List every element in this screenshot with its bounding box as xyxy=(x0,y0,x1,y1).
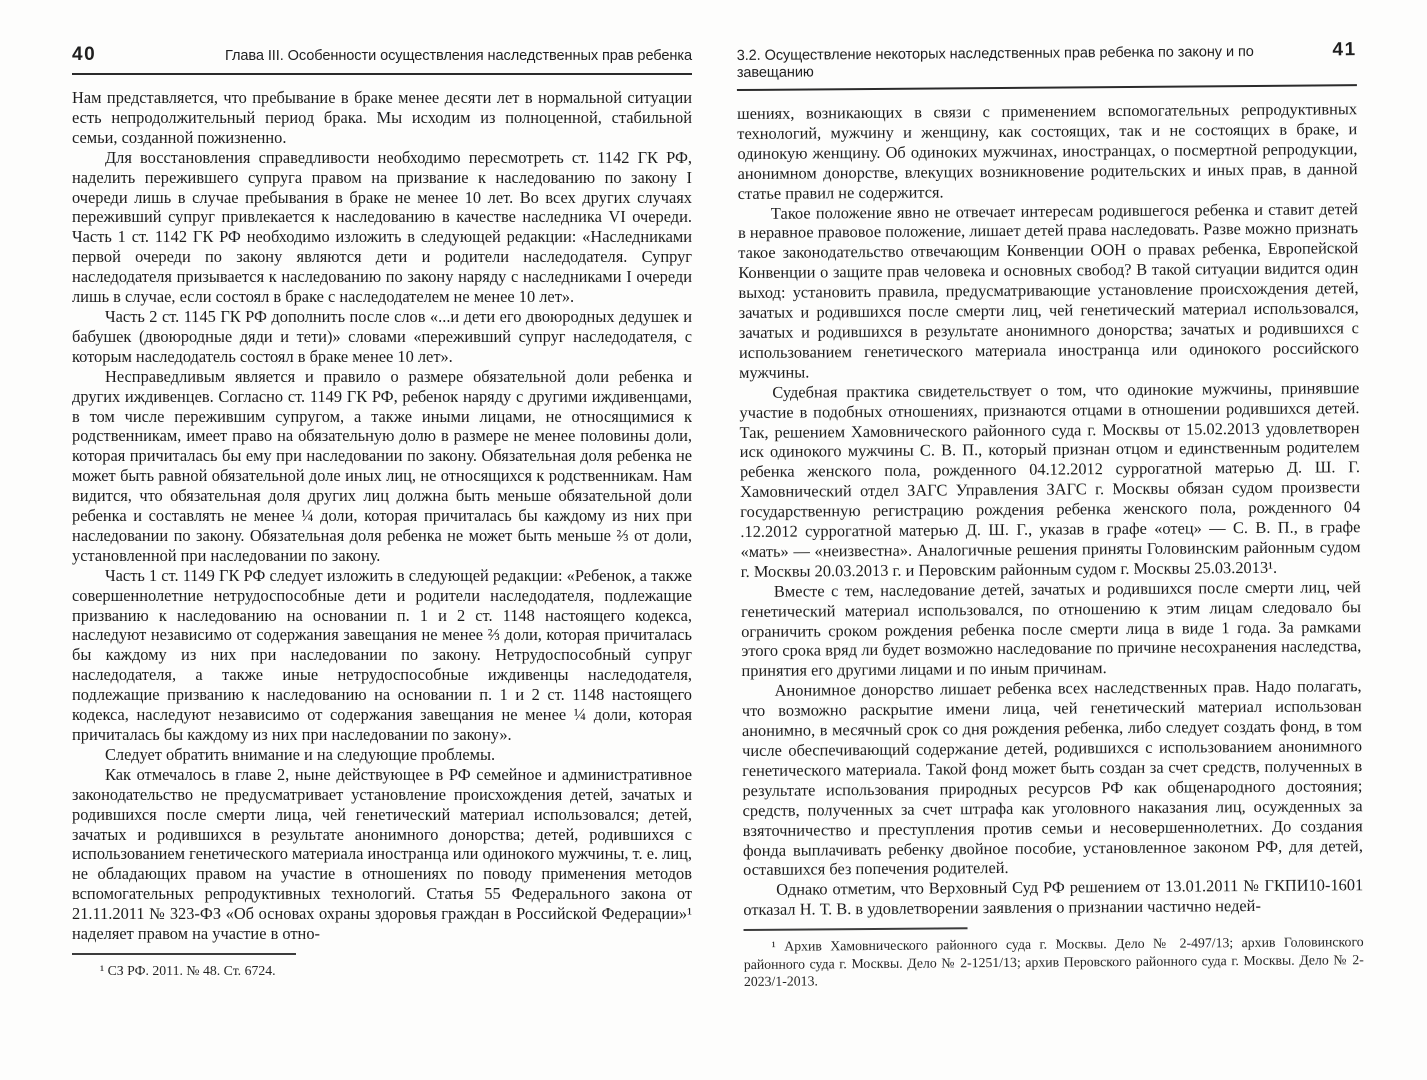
paragraph: Такое положение явно не отвечает интерес… xyxy=(738,199,1359,383)
paragraph: Анонимное донорство лишает ребенка всех … xyxy=(742,676,1364,880)
page-body-right: шениях, возникающих в связи с применение… xyxy=(737,99,1363,920)
paragraph: Следует обратить внимание и на следующие… xyxy=(72,745,692,765)
paragraph: Судебная практика свидетельствует о том,… xyxy=(739,378,1361,582)
paragraph: Часть 1 ст. 1149 ГК РФ следует изложить … xyxy=(72,566,692,745)
scanned-book-spread: { "left_page": { "page_number": "40", "r… xyxy=(0,0,1427,1080)
paragraph: Часть 2 ст. 1145 ГК РФ дополнить после с… xyxy=(72,307,692,367)
running-header-left: Глава III. Особенности осуществления нас… xyxy=(225,48,692,65)
page-right: 3.2. Осуществление некоторых наследствен… xyxy=(737,39,1364,991)
book-spread: 40 Глава III. Особенности осуществления … xyxy=(0,0,1427,1080)
page-header-right: 3.2. Осуществление некоторых наследствен… xyxy=(737,39,1357,91)
paragraph: Вместе с тем, наследование детей, зачаты… xyxy=(741,577,1362,681)
footnote-block-left: ¹ СЗ РФ. 2011. № 48. Ст. 6724. xyxy=(72,953,692,980)
footnote-text-right: ¹ Архив Хамовнического районного суда г.… xyxy=(744,933,1364,991)
running-header-right: 3.2. Осуществление некоторых наследствен… xyxy=(737,43,1319,82)
page-number-left: 40 xyxy=(72,44,96,66)
page-header-left: 40 Глава III. Особенности осуществления … xyxy=(72,44,692,75)
footnote-rule-left xyxy=(72,953,296,955)
page-left: 40 Глава III. Особенности осуществления … xyxy=(72,44,692,980)
paragraph: Нам представляется, что пребывание в бра… xyxy=(72,88,692,148)
page-number-right: 41 xyxy=(1332,39,1356,61)
footnote-text-left: ¹ СЗ РФ. 2011. № 48. Ст. 6724. xyxy=(72,962,692,980)
footnote-block-right: ¹ Архив Хамовнического районного суда г.… xyxy=(744,924,1364,991)
paragraph: Для восстановления справедливости необхо… xyxy=(72,148,692,307)
paragraph: Несправедливым является и правило о разм… xyxy=(72,367,692,566)
paragraph: Однако отметим, что Верховный Суд РФ реш… xyxy=(743,875,1363,920)
footnote-rule-right xyxy=(744,927,968,931)
page-body-left: Нам представляется, что пребывание в бра… xyxy=(72,88,692,944)
paragraph: шениях, возникающих в связи с применение… xyxy=(737,99,1358,203)
paragraph: Как отмечалось в главе 2, ныне действующ… xyxy=(72,765,692,944)
